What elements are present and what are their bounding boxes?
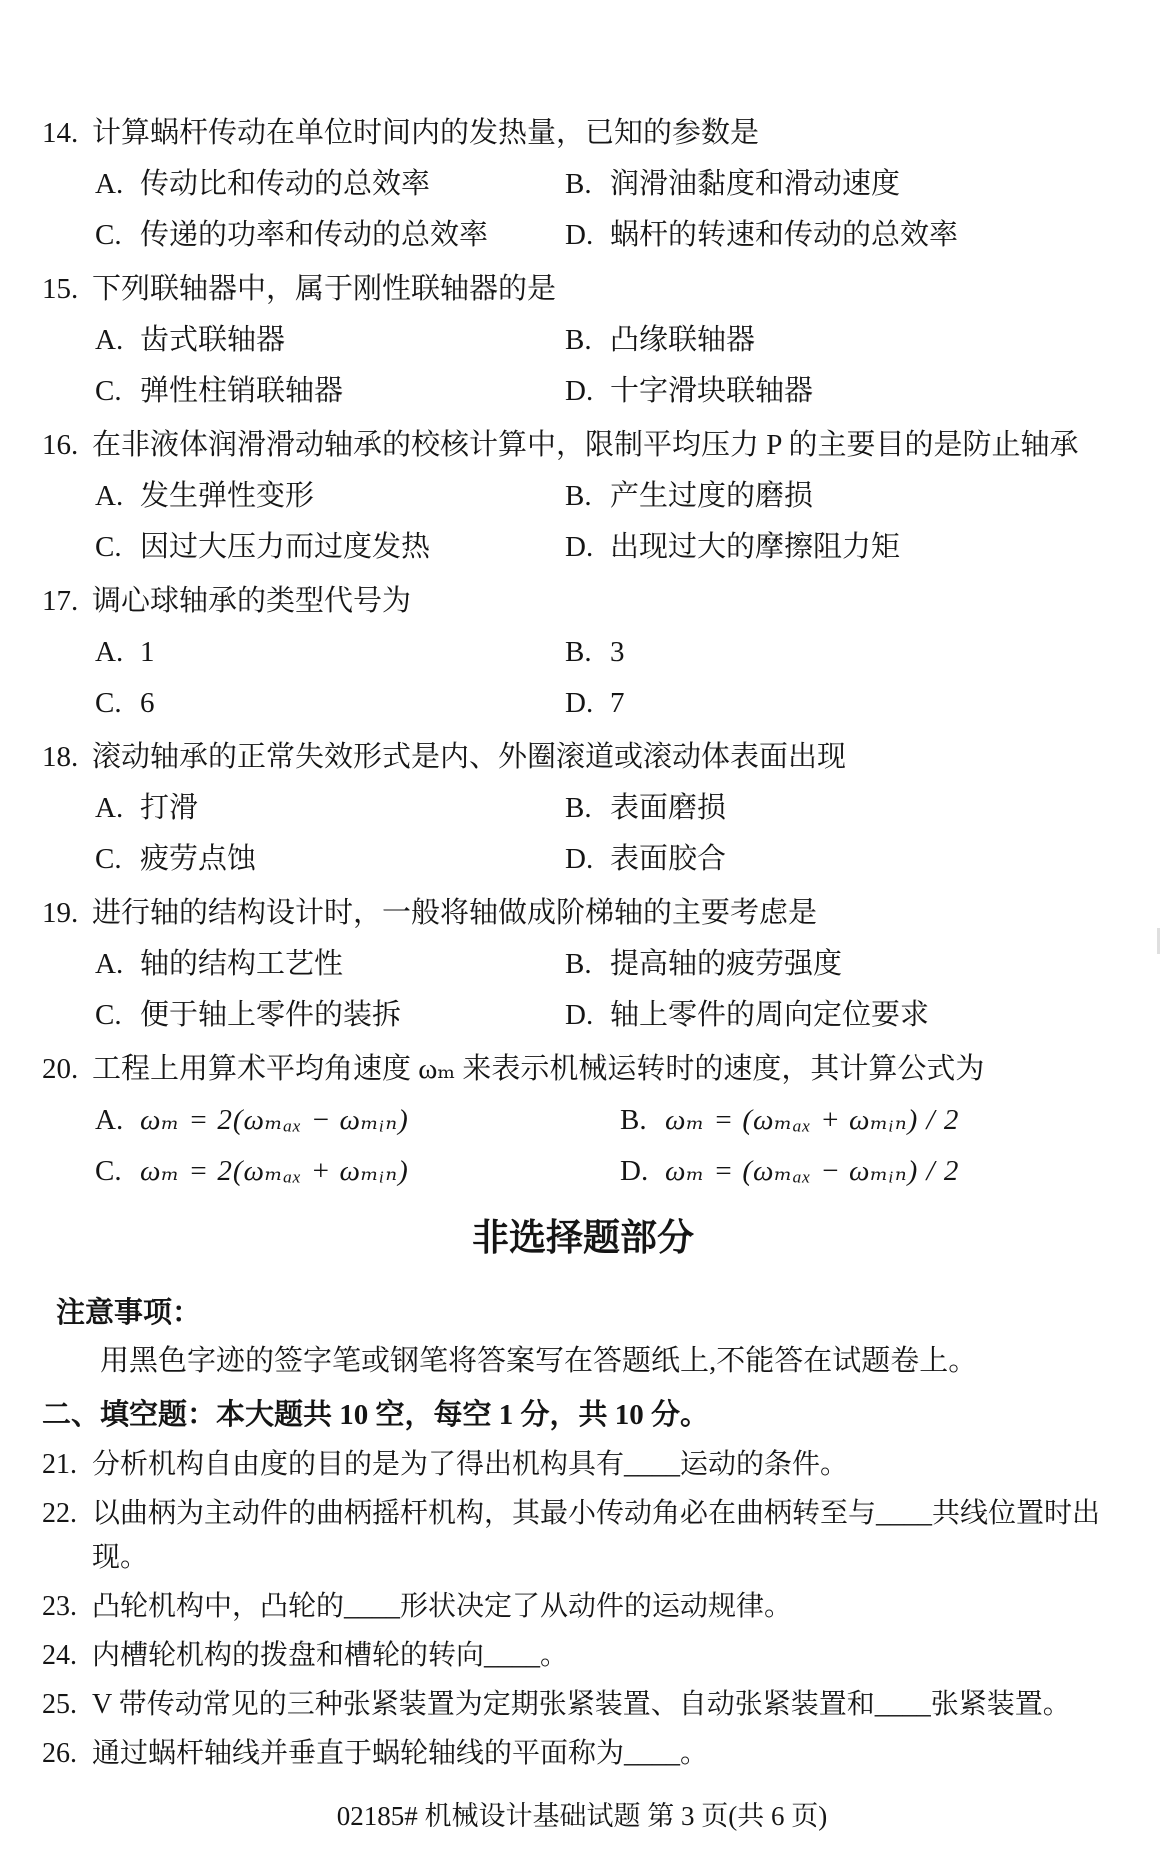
option-d: D.表面胶合 (565, 834, 1124, 885)
question-text: 分析机构自由度的目的是为了得出机构具有____运动的条件。 (92, 1443, 1124, 1487)
question-number: 20. (42, 1044, 92, 1095)
question-text: 在非液体润滑滑动轴承的校核计算中，限制平均压力 P 的主要目的是防止轴承 (92, 420, 1124, 471)
option-text: 蜗杆的转速和传动的总效率 (610, 210, 1124, 261)
fill-section: 21.分析机构自由度的目的是为了得出机构具有____运动的条件。22.以曲柄为主… (42, 1443, 1124, 1776)
option-letter: C. (95, 834, 140, 885)
question-number: 25. (42, 1683, 92, 1727)
notes-block: 注意事项： 用黑色字迹的签字笔或钢笔将答案写在答题纸上,不能答在试题卷上。 (42, 1289, 1124, 1385)
option-text: 因过大压力而过度发热 (140, 522, 565, 573)
option-letter: A. (95, 1095, 140, 1146)
question-stem: 14.计算蜗杆传动在单位时间内的发热量，已知的参数是 (42, 108, 1124, 159)
question-stem: 19.进行轴的结构设计时，一般将轴做成阶梯轴的主要考虑是 (42, 888, 1124, 939)
option-letter: D. (565, 990, 610, 1041)
option-text: ωₘ = (ωₘₐₓ − ωₘᵢₙ) / 2 (665, 1146, 1124, 1197)
option-text: ωₘ = (ωₘₐₓ + ωₘᵢₙ) / 2 (665, 1095, 1124, 1146)
option-text: 轴上零件的周向定位要求 (610, 990, 1124, 1041)
notes-title: 注意事项： (56, 1289, 1124, 1337)
notes-body: 用黑色字迹的签字笔或钢笔将答案写在答题纸上,不能答在试题卷上。 (100, 1337, 1124, 1385)
option-a: A.打滑 (95, 783, 565, 834)
option-b: B.润滑油黏度和滑动速度 (565, 159, 1124, 210)
options-grid: A.发生弹性变形B.产生过度的磨损C.因过大压力而过度发热D.出现过大的摩擦阻力… (95, 471, 1124, 573)
question-number: 16. (42, 420, 92, 471)
question-stem: 20.工程上用算术平均角速度 ωₘ 来表示机械运转时的速度，其计算公式为 (42, 1044, 1124, 1095)
mc-question: 16.在非液体润滑滑动轴承的校核计算中，限制平均压力 P 的主要目的是防止轴承A… (42, 420, 1124, 573)
question-number: 14. (42, 108, 92, 159)
option-letter: B. (565, 627, 610, 678)
option-text: 产生过度的磨损 (610, 471, 1124, 522)
question-number: 15. (42, 264, 92, 315)
question-number: 21. (42, 1443, 92, 1487)
question-number: 26. (42, 1732, 92, 1776)
exam-page: 14.计算蜗杆传动在单位时间内的发热量，已知的参数是A.传动比和传动的总效率B.… (0, 0, 1164, 1862)
option-letter: A. (95, 159, 140, 210)
options-grid: A.轴的结构工艺性B.提高轴的疲劳强度C.便于轴上零件的装拆D.轴上零件的周向定… (95, 939, 1124, 1041)
option-text: 打滑 (140, 783, 565, 834)
option-d: D.十字滑块联轴器 (565, 366, 1124, 417)
option-text: 十字滑块联轴器 (610, 366, 1124, 417)
option-text: 1 (140, 627, 565, 678)
question-text: V 带传动常见的三种张紧装置为定期张紧装置、自动张紧装置和____张紧装置。 (92, 1683, 1124, 1727)
option-a: A.齿式联轴器 (95, 315, 565, 366)
option-d: D.ωₘ = (ωₘₐₓ − ωₘᵢₙ) / 2 (620, 1146, 1124, 1197)
options-grid: A.1B.3C.6D.7 (95, 627, 1124, 729)
option-letter: D. (565, 366, 610, 417)
mc-question: 19.进行轴的结构设计时，一般将轴做成阶梯轴的主要考虑是A.轴的结构工艺性B.提… (42, 888, 1124, 1041)
question-stem: 17.调心球轴承的类型代号为 (42, 576, 1124, 627)
option-text: 润滑油黏度和滑动速度 (610, 159, 1124, 210)
fill-question: 25.V 带传动常见的三种张紧装置为定期张紧装置、自动张紧装置和____张紧装置… (42, 1683, 1124, 1727)
page-footer: 02185# 机械设计基础试题 第 3 页(共 6 页) (0, 1796, 1164, 1836)
option-b: B.3 (565, 627, 1124, 678)
option-text: 弹性柱销联轴器 (140, 366, 565, 417)
option-text: 齿式联轴器 (140, 315, 565, 366)
option-letter: A. (95, 783, 140, 834)
option-letter: B. (565, 159, 610, 210)
option-text: 3 (610, 627, 1124, 678)
question-stem: 16.在非液体润滑滑动轴承的校核计算中，限制平均压力 P 的主要目的是防止轴承 (42, 420, 1124, 471)
option-letter: B. (565, 315, 610, 366)
option-letter: D. (565, 210, 610, 261)
question-text: 内槽轮机构的拨盘和槽轮的转向____。 (92, 1634, 1124, 1678)
option-text: 传递的功率和传动的总效率 (140, 210, 565, 261)
option-text: 7 (610, 678, 1124, 729)
question-number: 18. (42, 732, 92, 783)
option-text: 出现过大的摩擦阻力矩 (610, 522, 1124, 573)
fill-question: 26.通过蜗杆轴线并垂直于蜗轮轴线的平面称为____。 (42, 1732, 1124, 1776)
option-c: C.疲劳点蚀 (95, 834, 565, 885)
option-c: C.因过大压力而过度发热 (95, 522, 565, 573)
option-letter: D. (565, 522, 610, 573)
option-letter: D. (565, 834, 610, 885)
scan-artifact (1157, 928, 1160, 954)
option-d: D.出现过大的摩擦阻力矩 (565, 522, 1124, 573)
option-a: A.发生弹性变形 (95, 471, 565, 522)
option-letter: A. (95, 315, 140, 366)
mc-question: 18.滚动轴承的正常失效形式是内、外圈滚道或滚动体表面出现A.打滑B.表面磨损C… (42, 732, 1124, 885)
option-text: 表面胶合 (610, 834, 1124, 885)
option-c: C.传递的功率和传动的总效率 (95, 210, 565, 261)
option-letter: A. (95, 471, 140, 522)
option-letter: D. (620, 1146, 665, 1197)
options-grid: A.打滑B.表面磨损C.疲劳点蚀D.表面胶合 (95, 783, 1124, 885)
mc-section: 14.计算蜗杆传动在单位时间内的发热量，已知的参数是A.传动比和传动的总效率B.… (42, 108, 1124, 1197)
option-c: C.ωₘ = 2(ωₘₐₓ + ωₘᵢₙ) (95, 1146, 620, 1197)
option-b: B.提高轴的疲劳强度 (565, 939, 1124, 990)
mc-question: 20.工程上用算术平均角速度 ωₘ 来表示机械运转时的速度，其计算公式为A.ωₘ… (42, 1044, 1124, 1197)
option-letter: D. (565, 678, 610, 729)
option-a: A.ωₘ = 2(ωₘₐₓ − ωₘᵢₙ) (95, 1095, 620, 1146)
option-c: C.弹性柱销联轴器 (95, 366, 565, 417)
option-b: B.表面磨损 (565, 783, 1124, 834)
fill-question: 21.分析机构自由度的目的是为了得出机构具有____运动的条件。 (42, 1443, 1124, 1487)
option-letter: C. (95, 522, 140, 573)
option-d: D.7 (565, 678, 1124, 729)
option-b: B.ωₘ = (ωₘₐₓ + ωₘᵢₙ) / 2 (620, 1095, 1124, 1146)
question-number: 23. (42, 1585, 92, 1629)
question-text: 凸轮机构中，凸轮的____形状决定了从动件的运动规律。 (92, 1585, 1124, 1629)
question-text: 计算蜗杆传动在单位时间内的发热量，已知的参数是 (92, 108, 1124, 159)
option-d: D.轴上零件的周向定位要求 (565, 990, 1124, 1041)
option-text: 传动比和传动的总效率 (140, 159, 565, 210)
option-letter: C. (95, 678, 140, 729)
question-text: 下列联轴器中，属于刚性联轴器的是 (92, 264, 1124, 315)
question-stem: 18.滚动轴承的正常失效形式是内、外圈滚道或滚动体表面出现 (42, 732, 1124, 783)
question-text: 滚动轴承的正常失效形式是内、外圈滚道或滚动体表面出现 (92, 732, 1124, 783)
question-number: 19. (42, 888, 92, 939)
option-letter: C. (95, 990, 140, 1041)
options-grid: A.ωₘ = 2(ωₘₐₓ − ωₘᵢₙ)B.ωₘ = (ωₘₐₓ + ωₘᵢₙ… (95, 1095, 1124, 1197)
fill-question: 22.以曲柄为主动件的曲柄摇杆机构，其最小传动角必在曲柄转至与____共线位置时… (42, 1492, 1124, 1580)
question-number: 22. (42, 1492, 92, 1580)
option-letter: B. (565, 939, 610, 990)
question-text: 通过蜗杆轴线并垂直于蜗轮轴线的平面称为____。 (92, 1732, 1124, 1776)
option-a: A.传动比和传动的总效率 (95, 159, 565, 210)
option-b: B.凸缘联轴器 (565, 315, 1124, 366)
mc-question: 14.计算蜗杆传动在单位时间内的发热量，已知的参数是A.传动比和传动的总效率B.… (42, 108, 1124, 261)
option-text: 凸缘联轴器 (610, 315, 1124, 366)
option-d: D.蜗杆的转速和传动的总效率 (565, 210, 1124, 261)
options-grid: A.传动比和传动的总效率B.润滑油黏度和滑动速度C.传递的功率和传动的总效率D.… (95, 159, 1124, 261)
option-b: B.产生过度的磨损 (565, 471, 1124, 522)
option-letter: B. (565, 783, 610, 834)
question-text: 进行轴的结构设计时，一般将轴做成阶梯轴的主要考虑是 (92, 888, 1124, 939)
option-letter: C. (95, 1146, 140, 1197)
mc-question: 15.下列联轴器中，属于刚性联轴器的是A.齿式联轴器B.凸缘联轴器C.弹性柱销联… (42, 264, 1124, 417)
section-heading: 非选择题部分 (42, 1213, 1124, 1265)
option-text: 便于轴上零件的装拆 (140, 990, 565, 1041)
option-letter: A. (95, 627, 140, 678)
option-a: A.轴的结构工艺性 (95, 939, 565, 990)
option-text: ωₘ = 2(ωₘₐₓ − ωₘᵢₙ) (140, 1095, 620, 1146)
option-c: C.便于轴上零件的装拆 (95, 990, 565, 1041)
fill-question: 23.凸轮机构中，凸轮的____形状决定了从动件的运动规律。 (42, 1585, 1124, 1629)
option-letter: B. (620, 1095, 665, 1146)
option-text: 轴的结构工艺性 (140, 939, 565, 990)
option-text: 提高轴的疲劳强度 (610, 939, 1124, 990)
option-letter: B. (565, 471, 610, 522)
question-number: 17. (42, 576, 92, 627)
question-number: 24. (42, 1634, 92, 1678)
question-text: 以曲柄为主动件的曲柄摇杆机构，其最小传动角必在曲柄转至与____共线位置时出现。 (92, 1492, 1124, 1580)
option-text: 6 (140, 678, 565, 729)
fill-section-header: 二、填空题：本大题共 10 空，每空 1 分，共 10 分。 (42, 1391, 1124, 1439)
option-text: 发生弹性变形 (140, 471, 565, 522)
option-c: C.6 (95, 678, 565, 729)
question-stem: 15.下列联轴器中，属于刚性联轴器的是 (42, 264, 1124, 315)
options-grid: A.齿式联轴器B.凸缘联轴器C.弹性柱销联轴器D.十字滑块联轴器 (95, 315, 1124, 417)
option-a: A.1 (95, 627, 565, 678)
mc-question: 17.调心球轴承的类型代号为A.1B.3C.6D.7 (42, 576, 1124, 729)
question-text: 调心球轴承的类型代号为 (92, 576, 1124, 627)
option-letter: C. (95, 210, 140, 261)
option-text: 表面磨损 (610, 783, 1124, 834)
question-text: 工程上用算术平均角速度 ωₘ 来表示机械运转时的速度，其计算公式为 (92, 1044, 1124, 1095)
fill-question: 24.内槽轮机构的拨盘和槽轮的转向____。 (42, 1634, 1124, 1678)
option-text: 疲劳点蚀 (140, 834, 565, 885)
option-text: ωₘ = 2(ωₘₐₓ + ωₘᵢₙ) (140, 1146, 620, 1197)
option-letter: C. (95, 366, 140, 417)
option-letter: A. (95, 939, 140, 990)
